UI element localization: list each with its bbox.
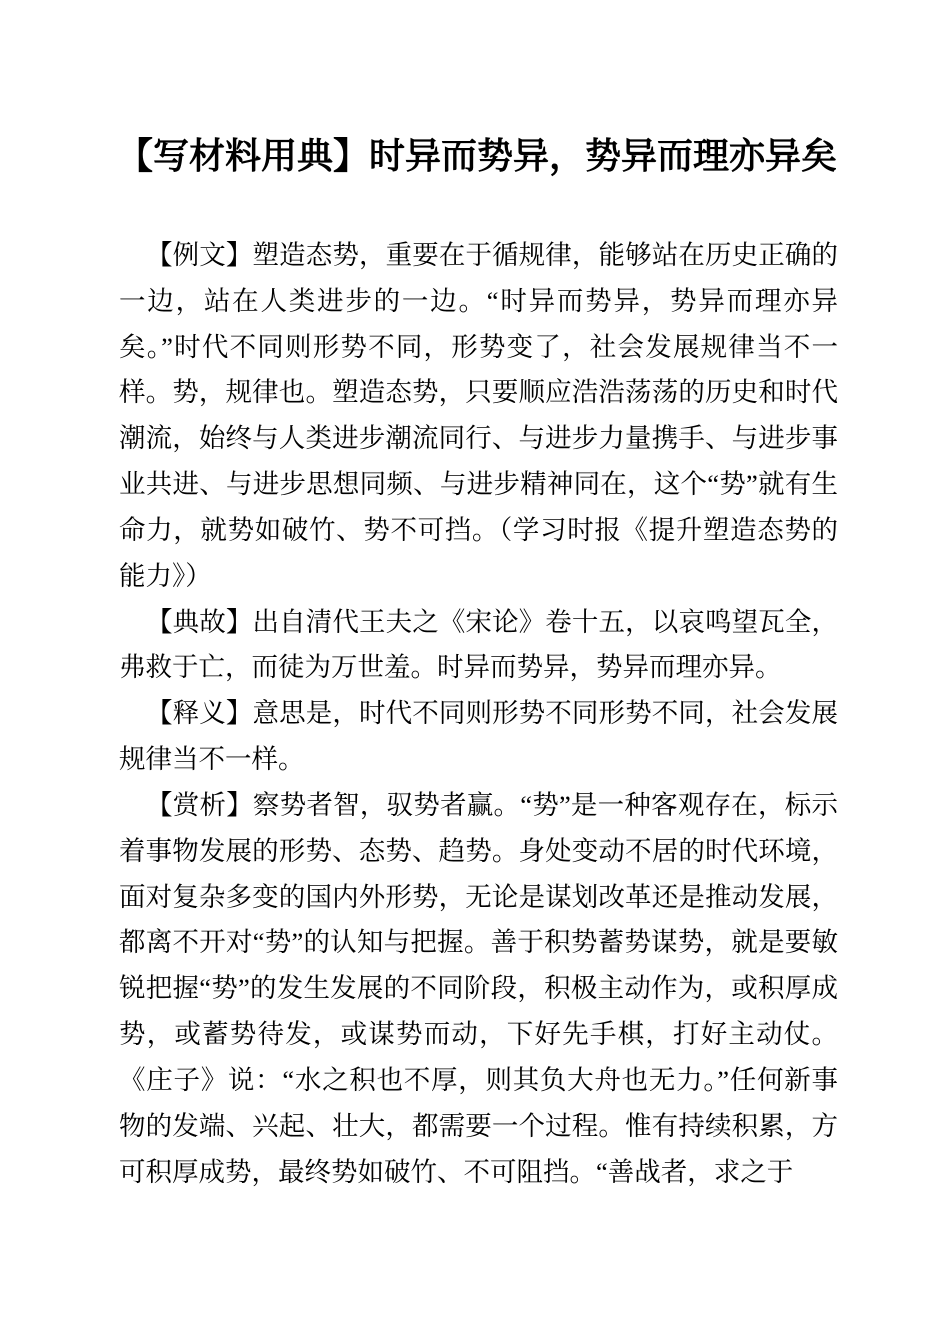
section-label-example: 【例文】 [146,240,252,270]
document-body: 【例文】塑造态势，重要在于循规律，能够站在历史正确的一边，站在人类进步的一边。“… [119,233,838,1195]
paragraph-appreciation: 【赏析】察势者智，驭势者赢。“势”是一种客观存在，标示着事物发展的形势、态势、趋… [119,783,838,1195]
section-text-example: 塑造态势，重要在于循规律，能够站在历史正确的一边，站在人类进步的一边。“时异而势… [119,240,838,591]
document-title: 【写材料用典】时异而势异，势异而理亦异矣 [115,130,839,182]
paragraph-allusion: 【典故】出自清代王夫之《宋论》卷十五，以哀鸣望瓦全，弗救于亡，而徒为万世羞。时异… [119,600,838,692]
paragraph-definition: 【释义】意思是，时代不同则形势不同形势不同，社会发展规律当不一样。 [119,691,838,783]
section-label-appreciation: 【赏析】 [146,790,253,820]
section-label-definition: 【释义】 [146,698,252,728]
section-text-appreciation: 察势者智，驭势者赢。“势”是一种客观存在，标示着事物发展的形势、态势、趋势。身处… [119,790,838,1187]
paragraph-example: 【例文】塑造态势，重要在于循规律，能够站在历史正确的一边，站在人类进步的一边。“… [119,233,838,600]
document-page: 【写材料用典】时异而势异，势异而理亦异矣 【例文】塑造态势，重要在于循规律，能够… [0,0,950,1344]
section-label-allusion: 【典故】 [146,607,252,637]
